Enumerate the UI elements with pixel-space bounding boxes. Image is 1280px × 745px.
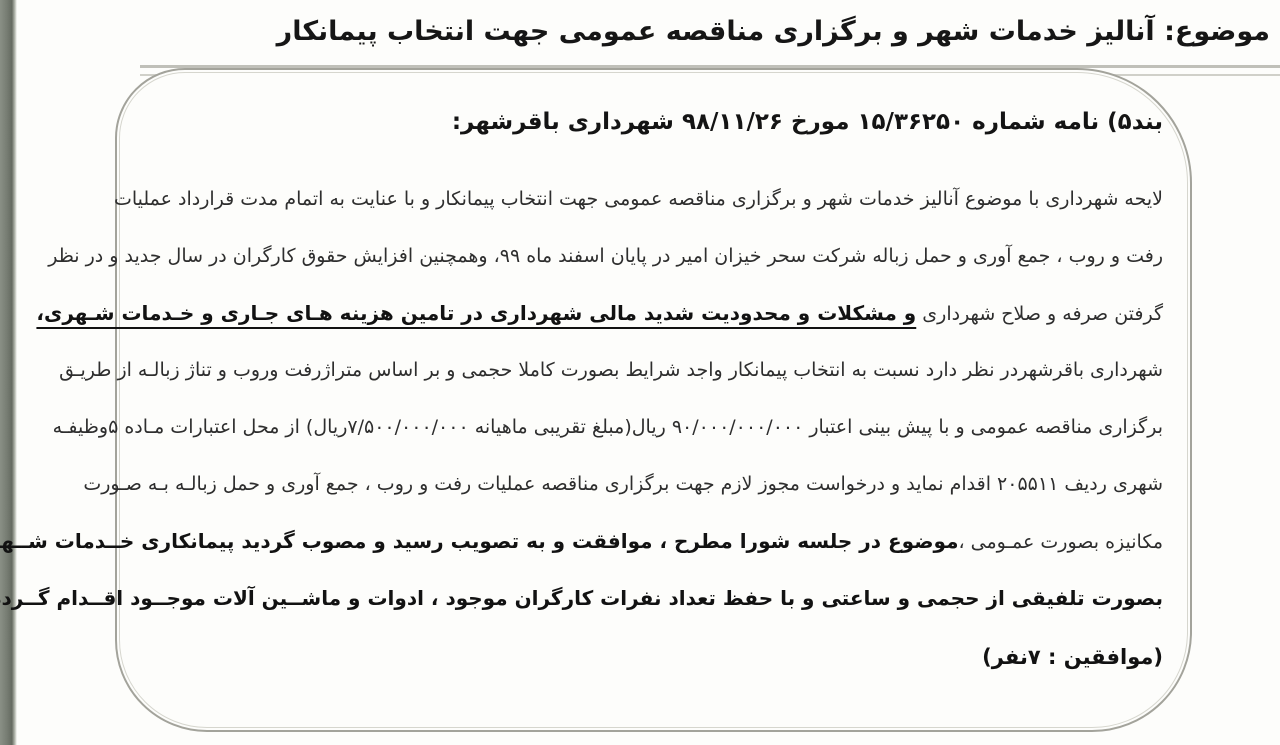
text-segment: گرفتن صرفه و صلاح شهرداری [916, 303, 1163, 325]
text-segment: رفت و روب ، جمع آوری و حمل زباله شرکت سح… [48, 245, 1163, 267]
text-segment: برگزاری مناقصه عمومی و با پیش بینی اعتبا… [53, 416, 1163, 438]
body-line: رفت و روب ، جمع آوری و حمل زباله شرکت سح… [165, 228, 1163, 285]
body-line: مکانیزه بصورت عمـومی ،موضوع در جلسه شورا… [165, 513, 1163, 570]
document-title: موضوع: آنالیز خدمات شهر و برگزاری مناقصه… [340, 16, 1270, 47]
clause-heading: بند۵) نامه شماره ۱۵/۳۶۲۵۰ مورخ ۹۸/۱۱/۲۶ … [165, 99, 1163, 171]
body-line: شهرداری باقرشهردر نظر دارد نسبت به انتخا… [165, 342, 1163, 399]
scanned-document-page: { "colors": { "page_bg": "#fdfdfb", "tex… [0, 0, 1280, 745]
text-segment: موضوع در جلسه شورا مطرح ، موافقت و به تص… [0, 529, 958, 553]
text-segment: مکانیزه بصورت عمـومی ، [958, 531, 1163, 553]
approvers-note: (موافقین : ۷نفر) [165, 645, 1163, 669]
body-line: بصورت تلفیقی از حجمی و ساعتی و با حفظ تع… [165, 570, 1163, 627]
content-frame-inner: بند۵) نامه شماره ۱۵/۳۶۲۵۰ مورخ ۹۸/۱۱/۲۶ … [119, 72, 1188, 728]
body-line: برگزاری مناقصه عمومی و با پیش بینی اعتبا… [165, 399, 1163, 456]
scan-edge-strip [0, 0, 17, 745]
body-line: گرفتن صرفه و صلاح شهرداری و مشکلات و محد… [165, 285, 1163, 342]
text-segment: لایحه شهرداری با موضوع آنالیز خدمات شهر … [114, 188, 1163, 210]
content-frame: بند۵) نامه شماره ۱۵/۳۶۲۵۰ مورخ ۹۸/۱۱/۲۶ … [115, 68, 1192, 732]
text-segment: و مشکلات و محدودیت شدید مالی شهرداری در … [36, 301, 916, 325]
body-line: لایحه شهرداری با موضوع آنالیز خدمات شهر … [165, 171, 1163, 228]
text-segment: بصورت تلفیقی از حجمی و ساعتی و با حفظ تع… [0, 586, 1163, 610]
document-body: لایحه شهرداری با موضوع آنالیز خدمات شهر … [165, 171, 1163, 627]
body-line: شهری ردیف ۲۰۵۵۱۱ اقدام نماید و درخواست م… [165, 456, 1163, 513]
text-segment: شهرداری باقرشهردر نظر دارد نسبت به انتخا… [59, 359, 1163, 381]
text-segment: شهری ردیف ۲۰۵۵۱۱ اقدام نماید و درخواست م… [83, 473, 1163, 495]
